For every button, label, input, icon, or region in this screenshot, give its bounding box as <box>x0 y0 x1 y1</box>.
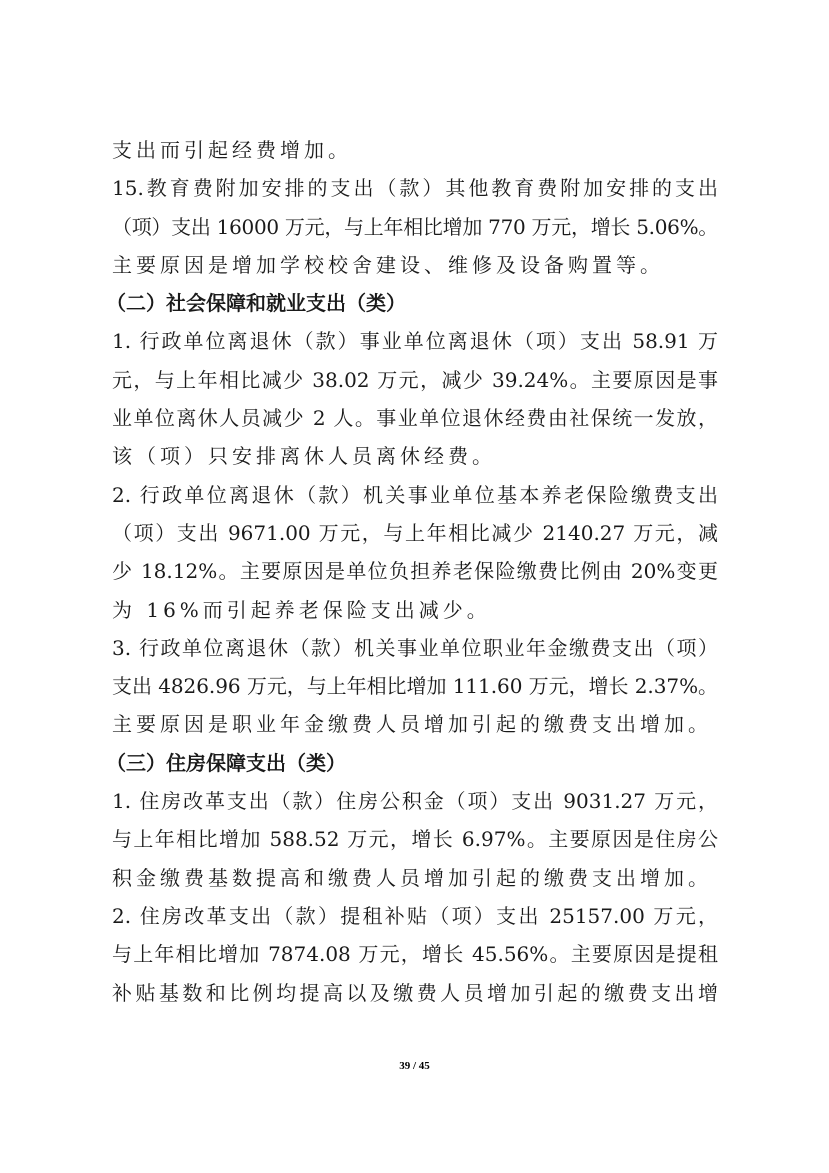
paragraph-line: （项）支出 9671.00 万元，与上年相比减少 2140.27 万元，减 <box>112 514 718 552</box>
paragraph-line: 3. 行政单位离退休（款）机关事业单位职业年金缴费支出（项） <box>112 629 718 667</box>
paragraph-line: 1. 行政单位离退休（款）事业单位离退休（项）支出 58.91 万 <box>112 322 718 360</box>
paragraph-line: 元，与上年相比减少 38.02 万元，减少 39.24%。主要原因是事 <box>112 361 718 399</box>
paragraph-line: （项）支出 16000 万元，与上年相比增加 770 万元，增长 5.06%。 <box>112 208 718 246</box>
paragraph-line: 补贴基数和比例均提高以及缴费人员增加引起的缴费支出增 <box>112 974 718 1012</box>
paragraph-line: 支出而引起经费增加。 <box>112 131 718 169</box>
paragraph-line: 支出 4826.96 万元，与上年相比增加 111.60 万元，增长 2.37%… <box>112 667 718 705</box>
section-heading-housing: （三）住房保障支出（类） <box>106 744 718 782</box>
paragraph-line: 少 18.12%。主要原因是单位负担养老保险缴费比例由 20%变更 <box>112 552 718 590</box>
paragraph-line: 主要原因是职业年金缴费人员增加引起的缴费支出增加。 <box>112 705 718 743</box>
paragraph-line: 与上年相比增加 7874.08 万元，增长 45.56%。主要原因是提租 <box>112 935 718 973</box>
paragraph-line: 2. 行政单位离退休（款）机关事业单位基本养老保险缴费支出 <box>112 476 718 514</box>
section-heading-social-security: （二）社会保障和就业支出（类） <box>106 284 718 322</box>
paragraph-line: 与上年相比增加 588.52 万元，增长 6.97%。主要原因是住房公 <box>112 820 718 858</box>
paragraph-line: 主要原因是增加学校校舍建设、维修及设备购置等。 <box>112 246 718 284</box>
paragraph-line: 15.教育费附加安排的支出（款）其他教育费附加安排的支出 <box>112 169 718 207</box>
paragraph-line: 为 16%而引起养老保险支出减少。 <box>112 591 718 629</box>
paragraph-line: 积金缴费基数提高和缴费人员增加引起的缴费支出增加。 <box>112 859 718 897</box>
document-body: 支出而引起经费增加。 15.教育费附加安排的支出（款）其他教育费附加安排的支出 … <box>112 131 718 1012</box>
paragraph-line: 该（项）只安排离休人员离休经费。 <box>112 437 718 475</box>
paragraph-line: 业单位离休人员减少 2 人。事业单位退休经费由社保统一发放， <box>112 399 718 437</box>
paragraph-line: 1. 住房改革支出（款）住房公积金（项）支出 9031.27 万元， <box>112 782 718 820</box>
paragraph-line: 2. 住房改革支出（款）提租补贴（项）支出 25157.00 万元， <box>112 897 718 935</box>
page-number: 39 / 45 <box>0 1060 829 1072</box>
